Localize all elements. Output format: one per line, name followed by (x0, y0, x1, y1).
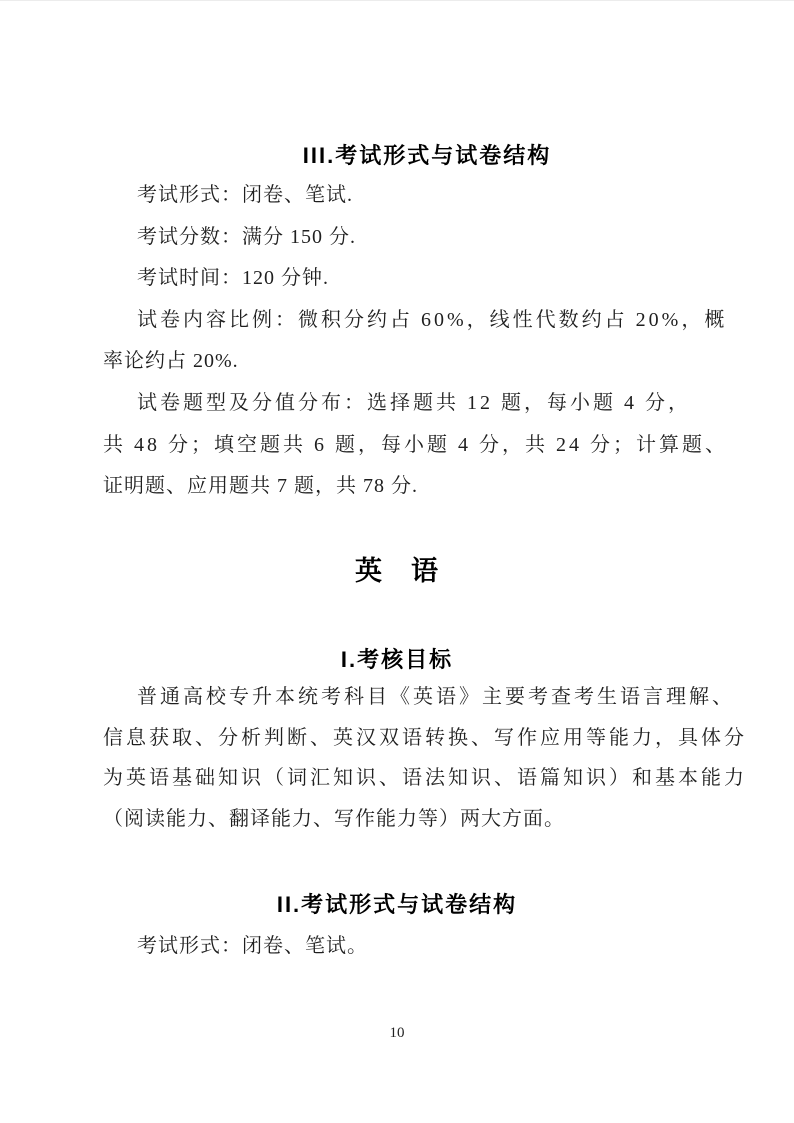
question-types-line-1: 试卷题型及分值分布：选择题共 12 题，每小题 4 分， (103, 383, 752, 425)
goal-line-3: 为英语基础知识（词汇知识、语法知识、语篇知识）和基本能力 (103, 758, 752, 799)
english-goal-heading: I.考核目标 (0, 645, 794, 675)
goal-line-2: 信息获取、分析判断、英汉双语转换、写作应用等能力，具体分 (103, 718, 752, 759)
english-exam-form-line: 考试形式：闭卷、笔试。 (103, 926, 752, 968)
question-types-line-2: 共 48 分；填空题共 6 题，每小题 4 分，共 24 分；计算题、 (103, 425, 752, 467)
content-ratio-line-1: 试卷内容比例：微积分约占 60%，线性代数约占 20%，概 (103, 300, 752, 342)
exam-form-line: 考试形式：闭卷、笔试. (103, 175, 752, 217)
english-goal-body: 普通高校专升本统考科目《英语》主要考查考生语言理解、 信息获取、分析判断、英汉双… (103, 677, 752, 839)
document-page: III.考试形式与试卷结构 考试形式：闭卷、笔试. 考试分数：满分 150 分.… (0, 0, 794, 1123)
english-exam-structure-heading: II.考试形式与试卷结构 (0, 890, 794, 920)
english-exam-structure-body: 考试形式：闭卷、笔试。 (103, 926, 752, 968)
content-ratio-line-2: 率论约占 20%. (103, 341, 752, 383)
question-types-line-3: 证明题、应用题共 7 题，共 78 分. (103, 466, 752, 508)
english-subject-title: 英 语 (0, 553, 794, 589)
goal-line-4: （阅读能力、翻译能力、写作能力等）两大方面。 (103, 799, 752, 840)
exam-score-line: 考试分数：满分 150 分. (103, 217, 752, 259)
math-exam-structure-heading: III.考试形式与试卷结构 (0, 141, 794, 171)
goal-line-1: 普通高校专升本统考科目《英语》主要考查考生语言理解、 (103, 677, 752, 718)
math-exam-structure-body: 考试形式：闭卷、笔试. 考试分数：满分 150 分. 考试时间：120 分钟. … (103, 175, 752, 508)
page-number: 10 (0, 1023, 794, 1043)
exam-time-line: 考试时间：120 分钟. (103, 258, 752, 300)
